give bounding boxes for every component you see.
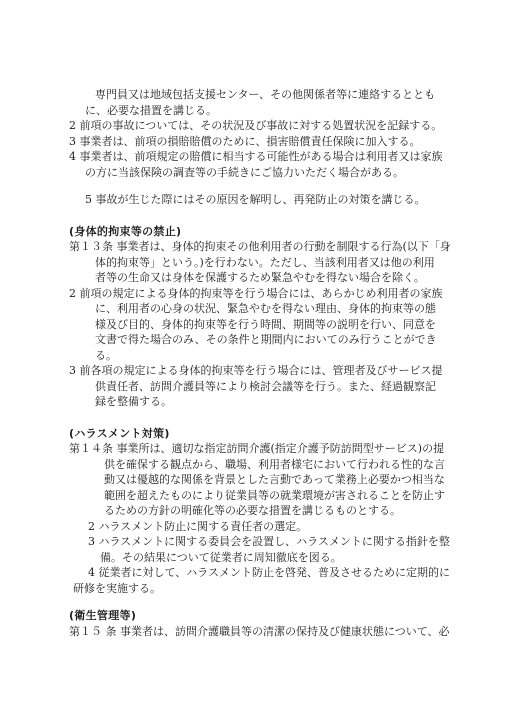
text-line: 第１４条 事業所は、適切な指定訪問介護(指定介護予防訪問型サービス)の提 [69,441,469,457]
text-line: 様及び目的、身体的拘束等を行う時間、期間等の説明を行い、同意を [69,317,469,333]
text-line: 4 従業者に対して、ハラスメント防止を啓発、普及させるために定期的に [69,565,469,581]
section-heading: (ハラスメント対策) [69,426,469,442]
text-line: るための方針の明確化等の必要な措置を講じるものとする。 [69,503,469,519]
text-line: 専門員又は地域包括支援センター、その他関係者等に連絡するととも [69,87,469,103]
text-line: 備。その結果について従業者に周知徹底を図る。 [69,550,469,566]
text-line: 体的拘束等」という。)を行わない。ただし、当該利用者又は他の利用 [69,255,469,271]
text-line: 録を整備する。 [69,394,469,410]
section-heading: (衛生管理等) [69,608,469,624]
text-line: 文書で得た場合のみ、その条件と期間内においてのみ行うことができ [69,332,469,348]
text-line: 第１５ 条 事業者は、訪問介護職員等の清潔の保持及び健康状態について、必 [69,624,469,640]
text-line: 動又は優越的な関係を背景とした言動であって業務上必要かつ相当な [69,472,469,488]
text-line: 第１３条 事業者は、身体的拘束その他利用者の行動を制限する行為(以下「身 [69,239,469,255]
text-line: 研修を実施する。 [69,581,469,597]
text-line: 3 ハラスメントに関する委員会を設置し、ハラスメントに関する指針を整 [69,534,469,550]
text-line: 2 ハラスメント防止に関する責任者の選定。 [69,519,469,535]
text-line: 2 前項の規定による身体的拘束等を行う場合には、あらかじめ利用者の家族 [69,286,469,302]
text-line: 4 事業者は、前項規定の賠償に相当する可能性がある場合は利用者又は家族 [69,149,469,165]
text-line: 3 前各項の規定による身体的拘束等を行う場合には、管理者及びサービス提 [69,363,469,379]
section-heading: (身体的拘束等の禁止) [69,224,469,240]
text-line: 者等の生命又は身体を保護するため緊急やむを得ない場合を除く。 [69,270,469,286]
text-line: 2 前項の事故については、その状況及び事故に対する処置状況を記録する。 [69,118,469,134]
text-line: 供を確保する観点から、職場、利用者様宅において行われる性的な言 [69,457,469,473]
document-page: 専門員又は地域包括支援センター、その他関係者等に連絡するととも に、必要な措置を… [0,0,509,720]
text-line: の方に当該保険の調査等の手続きにご協力いただく場合がある。 [69,165,469,181]
text-line: 5 事故が生じた際にはその原因を解明し、再発防止の対策を講じる。 [69,192,469,208]
text-line: に、利用者の心身の状況、緊急やむを得ない理由、身体的拘束等の態 [69,301,469,317]
text-line: 3 事業者は、前項の損賠賠償のために、損害賠償責任保険に加入する。 [69,134,469,150]
text-line: る。 [69,348,469,364]
text-line: に、必要な措置を講じる。 [69,103,469,119]
text-line: 範囲を超えたものにより従業員等の就業環境が害されることを防止す [69,488,469,504]
document-text-block: 専門員又は地域包括支援センター、その他関係者等に連絡するととも に、必要な措置を… [69,87,469,639]
text-line: 供責任者、訪問介護員等により検討会議等を行う。また、経過観察記 [69,379,469,395]
